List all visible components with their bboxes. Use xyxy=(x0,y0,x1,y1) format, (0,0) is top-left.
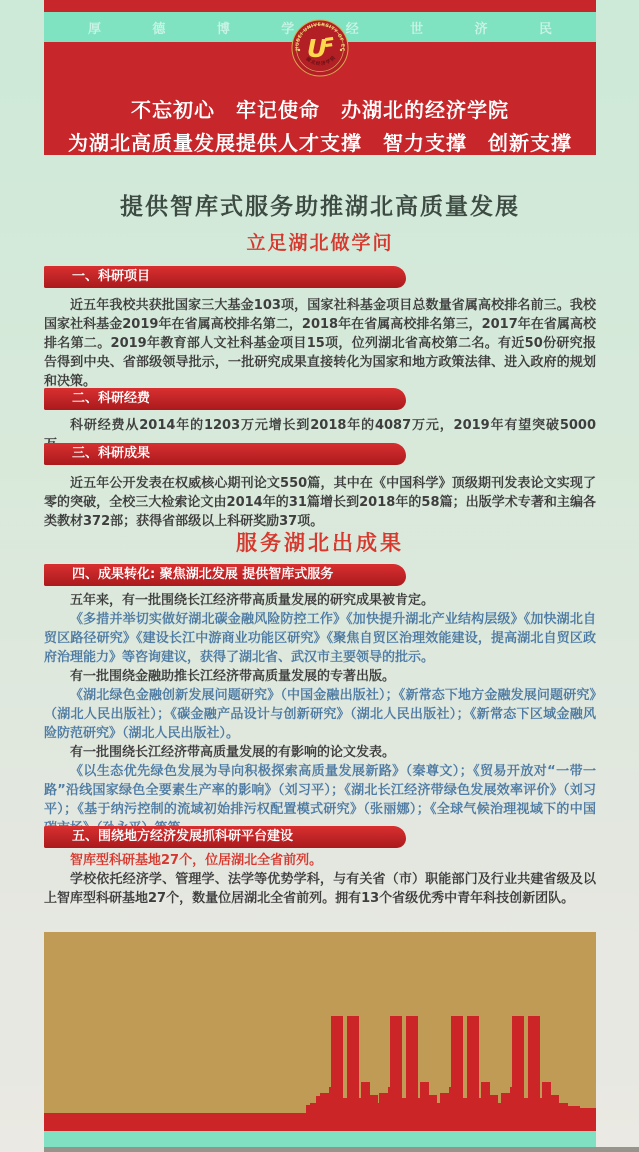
section-body-research-projects: 近五年我校共获批国家三大基金103项，国家社科基金项目总数量省属高校排名前三。我… xyxy=(44,296,596,391)
bottom-teal-strip xyxy=(44,1131,596,1147)
page-subtitle: 立足湖北做学问 xyxy=(44,228,596,255)
highlight-line: 智库型科研基地27个，位居湖北全省前列。 xyxy=(44,851,596,870)
poster-page: { "header": { "motto": ["厚", "德", "博", "… xyxy=(0,0,639,1152)
paragraph: 近五年公开发表在权威核心期刊论文550篇，其中在《中国科学》顶级期刊发表论文实现… xyxy=(44,474,596,531)
paragraph-publications: 《湖北绿色金融创新发展问题研究》（中国金融出版社）；《新常态下地方金融发展问题研… xyxy=(44,686,596,743)
skyline-graphic xyxy=(44,932,596,1131)
section-body-achievement-transformation: 五年来，有一批围绕长江经济带高质量发展的研究成果被肯定。 《多措并举切实做好湖北… xyxy=(44,591,596,838)
cityscape-panel xyxy=(44,932,596,1131)
motto-char: 民 xyxy=(539,18,552,37)
section-heading-achievement-transformation: 四、成果转化: 聚焦湖北发展 提供智库式服务 xyxy=(44,564,406,586)
section-heading-research-funding: 二、科研经费 xyxy=(44,388,406,410)
paragraph: 学校依托经济学、管理学、法学等优势学科，与有关省（市）职能部门及行业共建省级及以… xyxy=(44,870,596,908)
paragraph: 有一批围绕长江经济带高质量发展的有影响的论文发表。 xyxy=(44,743,596,762)
bottom-gray-bar xyxy=(44,1147,639,1152)
seal-center-glyph: U xyxy=(307,34,327,63)
section-heading-research-projects: 一、科研项目 xyxy=(44,266,406,288)
section-body-research-platforms: 学校依托经济学、管理学、法学等优势学科，与有关省（市）职能部门及行业共建省级及以… xyxy=(44,870,596,908)
motto-char: 厚 xyxy=(88,18,101,37)
top-red-bar xyxy=(44,0,596,12)
university-seal-icon: HUBEI UNIVERSITY OF ECONOMICS 湖北经济学院 U xyxy=(291,19,349,77)
page-title: 提供智库式服务助推湖北高质量发展 xyxy=(44,188,596,221)
paragraph-highlight: 智库型科研基地27个，位居湖北全省前列。 xyxy=(44,851,596,870)
paragraph: 近五年我校共获批国家三大基金103项，国家社科基金项目总数量省属高校排名前三。我… xyxy=(44,296,596,391)
motto-char: 德 xyxy=(152,18,165,37)
paragraph: 五年来，有一批围绕长江经济带高质量发展的研究成果被肯定。 xyxy=(44,591,596,610)
section-heading-research-platforms: 五、围绕地方经济发展抓科研平台建设 xyxy=(44,826,406,848)
slogan-line-1: 不忘初心 牢记使命 办湖北的经济学院 xyxy=(44,94,596,123)
motto-char: 博 xyxy=(217,18,230,37)
motto-char: 世 xyxy=(410,18,423,37)
paragraph-publications: 《多措并举切实做好湖北碳金融风险防控工作》《加快提升湖北产业结构层级》《加快湖北… xyxy=(44,610,596,667)
paragraph: 有一批围绕金融助推长江经济带高质量发展的专著出版。 xyxy=(44,667,596,686)
content-column: 厚 德 博 学 经 世 济 民 不忘初心 牢记使命 办湖北的经济学院 为湖北高质… xyxy=(44,0,596,1152)
section-heading-research-achievements: 三、科研成果 xyxy=(44,443,406,465)
motto-char: 济 xyxy=(475,18,488,37)
mid-section-heading: 服务湖北出成果 xyxy=(44,527,596,557)
section-body-research-achievements: 近五年公开发表在权威核心期刊论文550篇，其中在《中国科学》顶级期刊发表论文实现… xyxy=(44,474,596,531)
slogan-line-2: 为湖北高质量发展提供人才支撑 智力支撑 创新支撑 xyxy=(44,127,596,156)
